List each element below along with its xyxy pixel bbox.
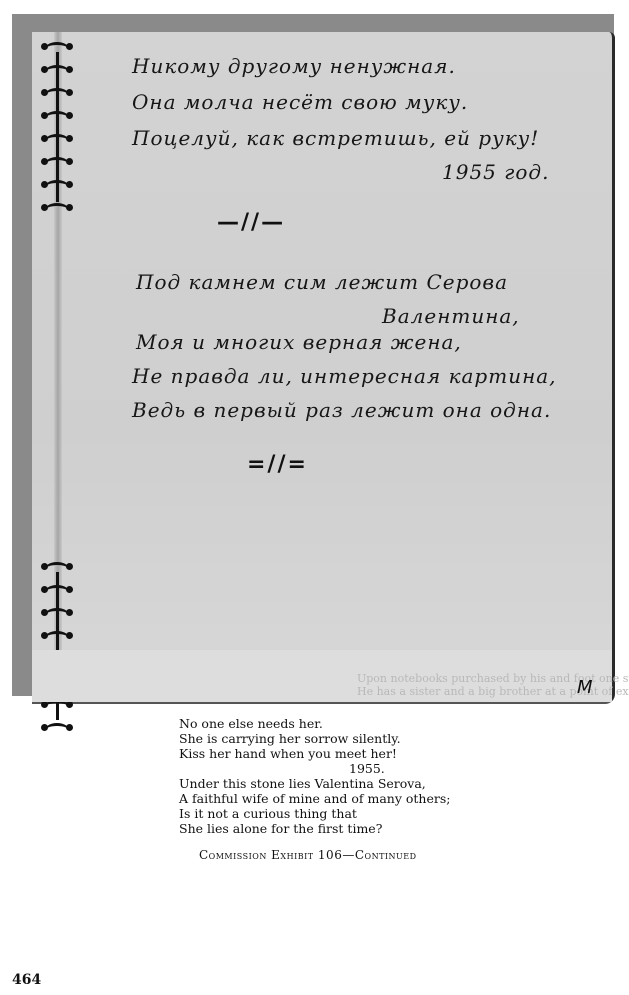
exhibit-photograph: Никому другому ненужная. Она молча несёт… xyxy=(12,14,614,696)
exhibit-caption: Commission Exhibit 106—Continued xyxy=(199,848,417,862)
translation-line: No one else needs her. xyxy=(179,716,450,731)
handwritten-line: Она молча несёт свою муку. xyxy=(132,90,468,114)
translation-line: Is it not a curious thing that xyxy=(179,806,450,821)
translation-line: Kiss her hand when you meet her! xyxy=(179,746,450,761)
page-number: 464 xyxy=(12,972,41,988)
corner-mark: M xyxy=(577,677,593,698)
separator: —//— xyxy=(217,210,285,235)
translation-line: She is carrying her sorrow silently. xyxy=(179,731,450,746)
handwritten-line: Поцелуй, как встретишь, ей руку! xyxy=(132,126,539,150)
handwritten-line: Никому другому ненужная. xyxy=(132,54,456,78)
handwritten-line: Моя и многих верная жена, xyxy=(136,330,462,354)
notebook-page: Никому другому ненужная. Она молча несёт… xyxy=(32,32,615,704)
separator: =//= xyxy=(247,452,308,477)
handwritten-line: Не правда ли, интересная картина, xyxy=(132,364,557,388)
translation-year: 1955. xyxy=(179,761,450,776)
handwritten-line: Под камнем сим лежит Серова xyxy=(136,270,508,294)
handwritten-date: 1955 год. xyxy=(442,160,549,184)
handwritten-line: Ведь в первый раз лежит она одна. xyxy=(132,398,551,422)
english-translation: No one else needs her. She is carrying h… xyxy=(179,716,450,836)
translation-line: A faithful wife of mine and of many othe… xyxy=(179,791,450,806)
spiral-binding-top xyxy=(44,42,70,226)
handwritten-line: Валентина, xyxy=(382,304,520,328)
translation-line: Under this stone lies Valentina Serova, xyxy=(179,776,450,791)
translation-line: She lies alone for the first time? xyxy=(179,821,450,836)
